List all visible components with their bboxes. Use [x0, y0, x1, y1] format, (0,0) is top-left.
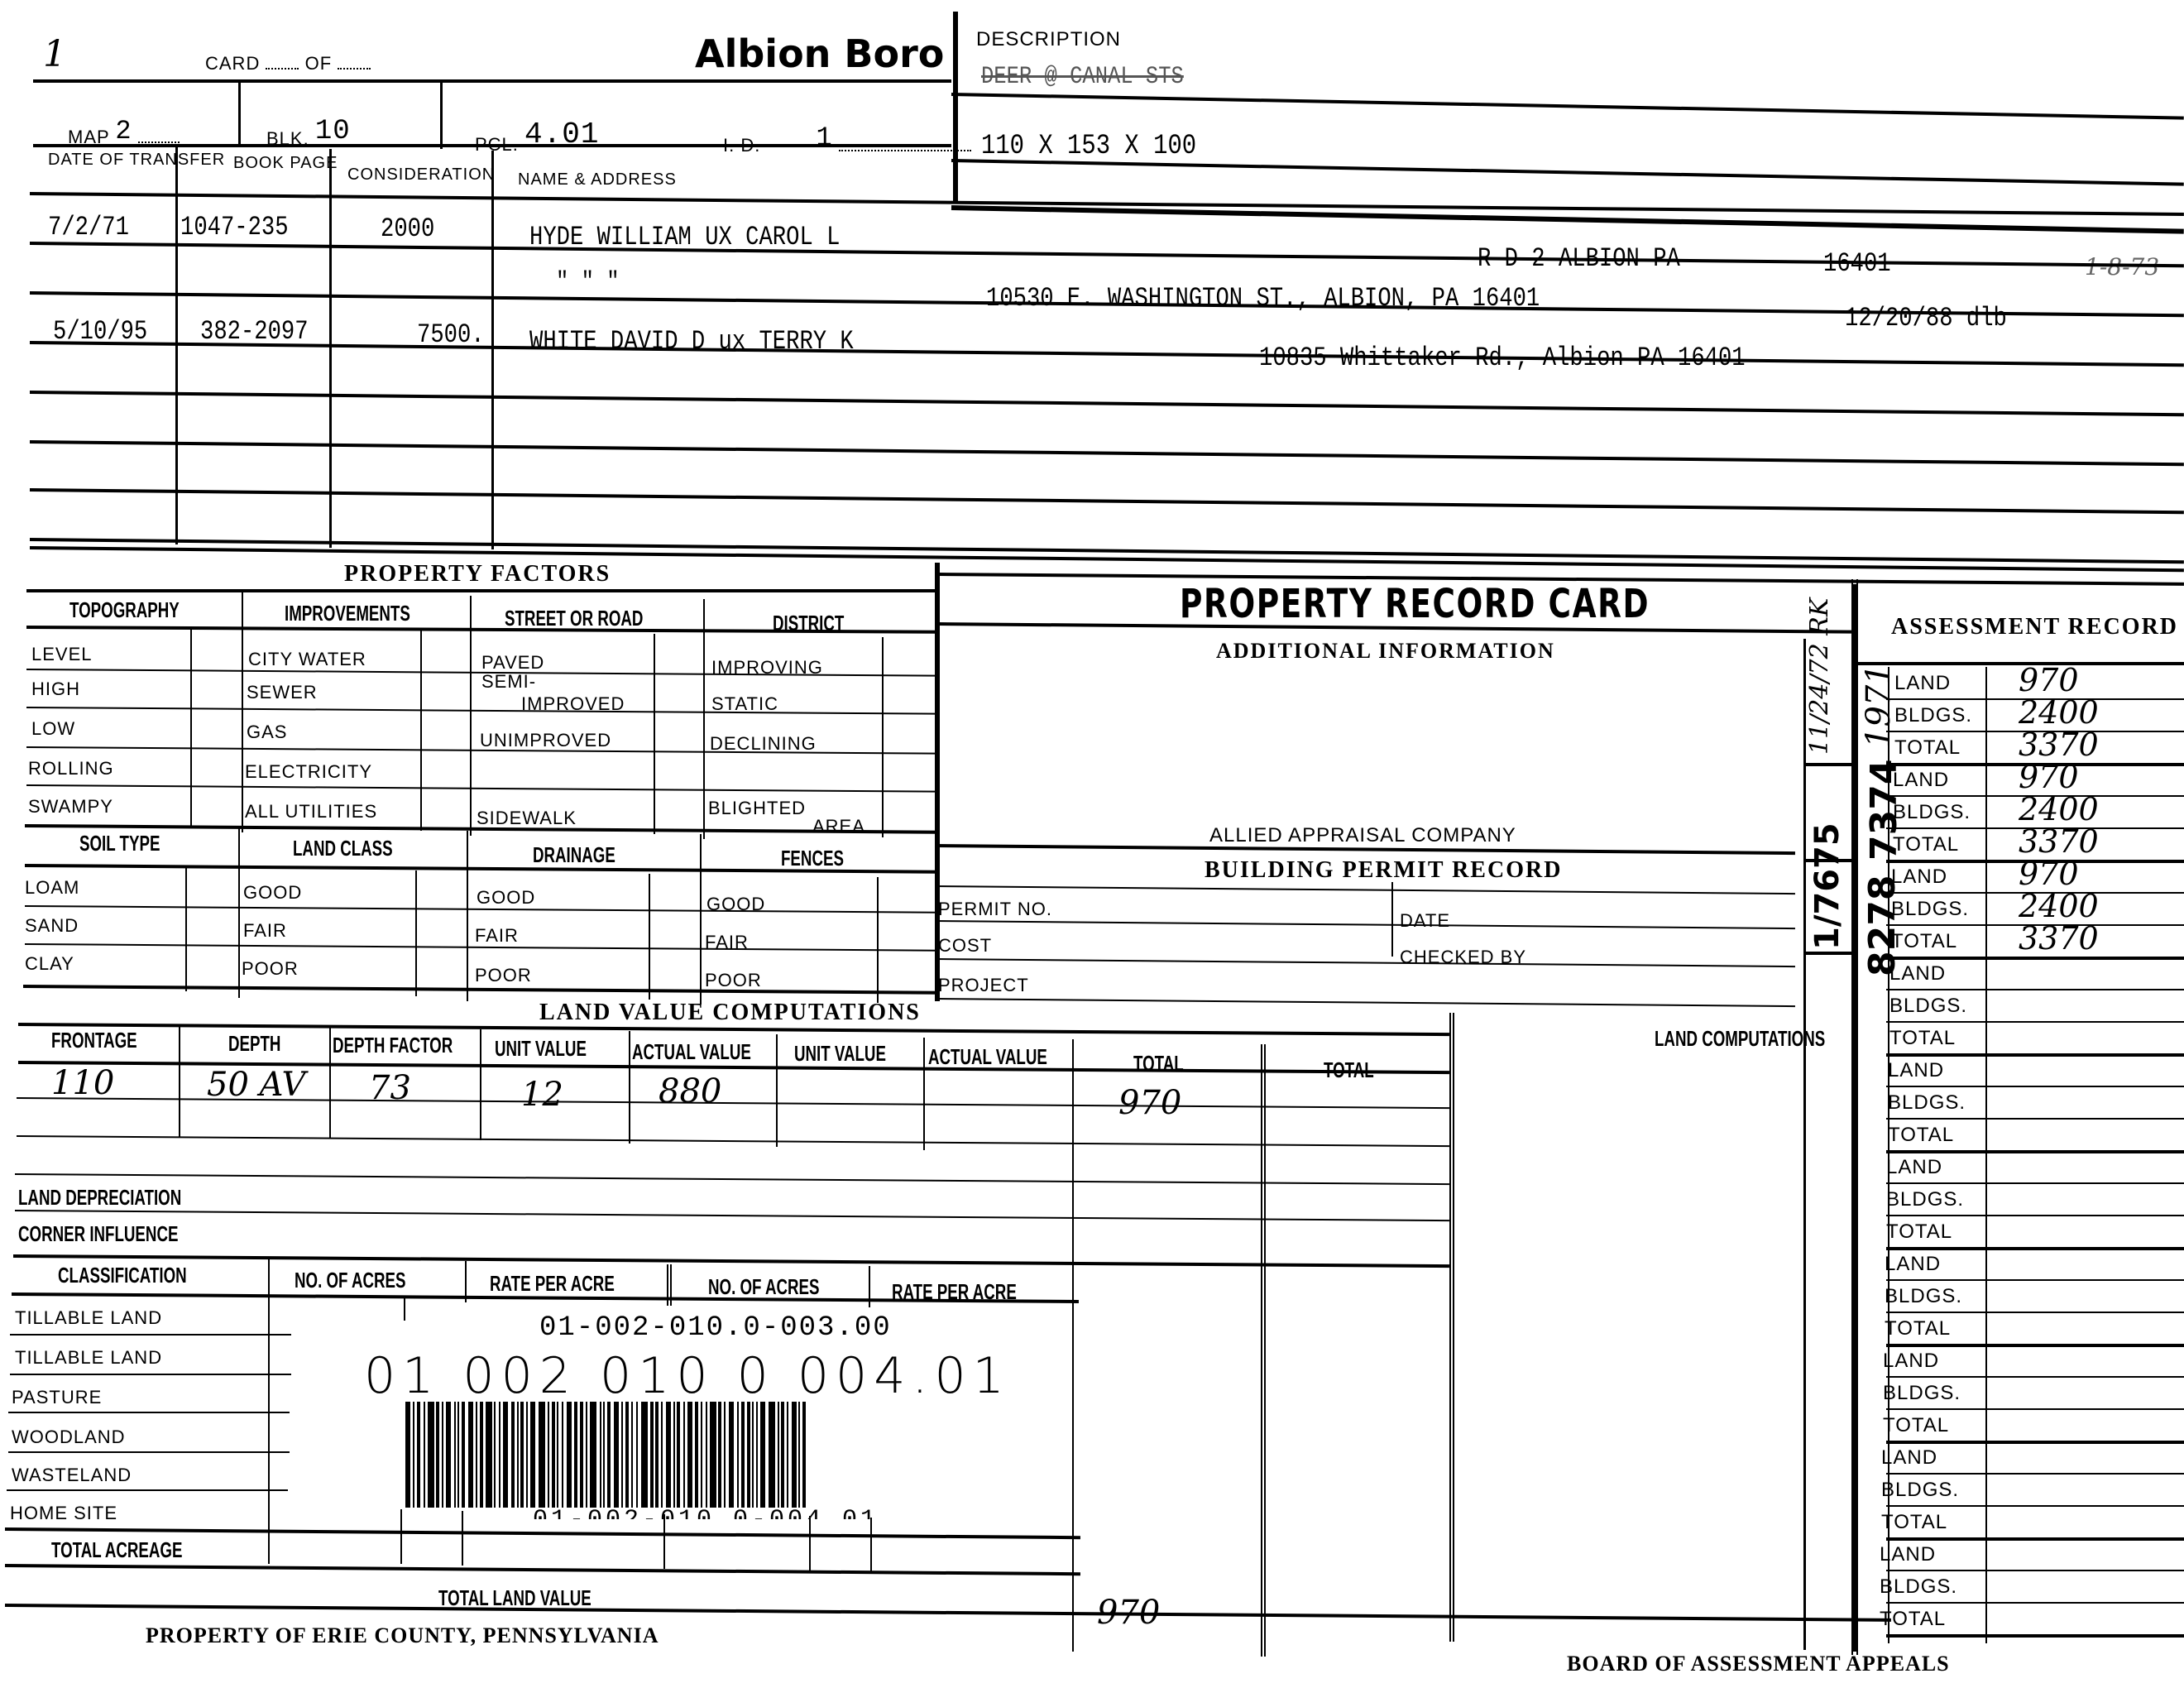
- assessment-land-label: LAND: [1883, 1350, 1939, 1373]
- col-header-date-of-transfer: DATE OF TRANSFER: [48, 151, 225, 169]
- district-blighted-area: AREA: [812, 816, 865, 837]
- lv-header-unit-value-2: UNIT VALUE: [794, 1041, 886, 1067]
- topography-level[interactable]: LEVEL: [31, 644, 93, 665]
- assessment-bldgs-label: BLDGS.: [1881, 1479, 1959, 1502]
- topography-rolling[interactable]: ROLLING: [28, 758, 114, 779]
- assessment-total-value: 3370: [2019, 727, 2099, 763]
- corner-influence-label: CORNER INFLUENCE: [18, 1221, 178, 1247]
- permit-date-label: DATE: [1400, 910, 1450, 932]
- assessment-bldgs-value: 2400: [2019, 888, 2099, 924]
- lv-header-frontage: FRONTAGE: [51, 1028, 137, 1053]
- assessment-total-label: TOTAL: [1885, 1317, 1951, 1340]
- description-line-2: 110 X 153 X 100: [981, 131, 1196, 162]
- fences-header: FENCES: [781, 846, 844, 871]
- assessment-total-label: TOTAL: [1888, 1124, 1954, 1147]
- land-class-fair[interactable]: FAIR: [243, 920, 287, 942]
- district-blighted[interactable]: BLIGHTED: [708, 798, 806, 819]
- assessment-bldgs-label: BLDGS.: [1885, 1285, 1962, 1308]
- land-class-good[interactable]: GOOD: [243, 882, 302, 904]
- lv-total: 970: [1118, 1084, 1181, 1122]
- lv-frontage: 110: [51, 1064, 114, 1102]
- transfer-name: " " ": [556, 268, 620, 296]
- municipality: Albion Boro: [695, 31, 944, 76]
- lv-unit-value: 12: [521, 1076, 563, 1114]
- street-semi[interactable]: SEMI-: [481, 674, 536, 690]
- improvements-city-water[interactable]: CITY WATER: [248, 649, 366, 670]
- lv-header-depth-factor: DEPTH FACTOR: [333, 1033, 453, 1058]
- transfer-book-page: 1047-235: [180, 212, 289, 242]
- permit-no-label: PERMIT NO.: [938, 899, 1052, 920]
- assessment-land-label: LAND: [1889, 962, 1946, 985]
- map-value: 2: [115, 116, 132, 146]
- assessment-land-value: 970: [2019, 662, 2079, 698]
- assessment-land-value: 970: [2019, 759, 2079, 795]
- land-computations-title: LAND COMPUTATIONS: [1655, 1026, 1825, 1052]
- id-value: 1: [816, 122, 832, 153]
- blk-value: 10: [315, 116, 351, 147]
- col-header-book-page: BOOK PAGE: [233, 154, 338, 172]
- improvements-all-utilities[interactable]: ALL UTILITIES: [245, 801, 377, 822]
- of-label: OF: [305, 53, 333, 74]
- fences-poor[interactable]: POOR: [705, 970, 762, 991]
- card-label: CARD: [205, 53, 260, 74]
- assessment-land-label: LAND: [1891, 866, 1947, 889]
- assessment-bldgs-label: BLDGS.: [1893, 801, 1971, 824]
- description-line-1: DEER @ CANAL STS: [981, 63, 1184, 91]
- assessment-bldgs-value: 2400: [2019, 694, 2099, 731]
- fences-fair[interactable]: FAIR: [705, 932, 749, 953]
- soil-loam[interactable]: LOAM: [25, 877, 79, 899]
- parcel-id-handwritten: 01 002 010 0 004.01: [364, 1347, 1011, 1405]
- assessment-total-label: TOTAL: [1883, 1414, 1949, 1437]
- assessment-total-label: TOTAL: [1886, 1220, 1952, 1244]
- drainage-fair[interactable]: FAIR: [475, 925, 519, 947]
- land-value-title: LAND VALUE COMPUTATIONS: [539, 1000, 921, 1026]
- assessment-land-label: LAND: [1885, 1253, 1941, 1276]
- drainage-header: DRAINAGE: [533, 842, 615, 868]
- assessment-land-label: LAND: [1888, 1059, 1944, 1082]
- acreage-header-no-of-acres: NO. OF ACRES: [295, 1268, 406, 1293]
- improvements-electricity[interactable]: ELECTRICITY: [245, 761, 372, 783]
- assessment-bldgs-label: BLDGS.: [1891, 898, 1969, 921]
- assessment-total-label: TOTAL: [1889, 1027, 1956, 1050]
- stamp-date-handwritten: 11/24/72 RK: [1805, 598, 1834, 755]
- stamp-year: 1971: [1860, 664, 1898, 748]
- card-total-field[interactable]: [338, 68, 371, 70]
- blk-field[interactable]: BLK. 10: [266, 122, 351, 154]
- improvements-sewer[interactable]: SEWER: [247, 682, 318, 703]
- assessment-total-label: TOTAL: [1894, 736, 1961, 760]
- assessment-total-value: 3370: [2019, 823, 2099, 860]
- drainage-good[interactable]: GOOD: [477, 887, 535, 909]
- assessment-bldgs-label: BLDGS.: [1888, 1091, 1966, 1115]
- acreage-row-pasture: PASTURE: [12, 1387, 102, 1408]
- assessment-land-value: 970: [2019, 856, 2079, 892]
- footer-board: BOARD OF ASSESSMENT APPEALS: [1567, 1652, 1950, 1676]
- acreage-row-wasteland: WASTELAND: [12, 1465, 132, 1486]
- assessment-title: ASSESSMENT RECORD: [1891, 614, 2178, 640]
- assessment-bldgs-label: BLDGS.: [1880, 1575, 1957, 1599]
- soil-clay[interactable]: CLAY: [25, 953, 74, 975]
- land-depreciation-label: LAND DEPRECIATION: [18, 1185, 181, 1211]
- street-sidewalk[interactable]: SIDEWALK: [477, 808, 577, 829]
- lv-header-actual-value-2: ACTUAL VALUE: [928, 1044, 1047, 1070]
- assessment-bldgs-value: 2400: [2019, 791, 2099, 827]
- assessment-total-value: 3370: [2019, 920, 2099, 957]
- transfer-date: 7/2/71: [48, 212, 129, 242]
- street-unimproved[interactable]: UNIMPROVED: [480, 730, 611, 751]
- transfer-consideration: 2000: [381, 213, 434, 244]
- property-factors-title: PROPERTY FACTORS: [344, 561, 611, 587]
- card-number-handwritten: 1: [43, 33, 66, 75]
- faded-handwriting: [943, 637, 1357, 687]
- acreage-row-woodland: WOODLAND: [12, 1427, 126, 1448]
- land-class-header: LAND CLASS: [293, 836, 393, 861]
- lv-header-total: TOTAL: [1133, 1051, 1184, 1077]
- assessment-land-label: LAND: [1894, 672, 1951, 695]
- assessment-land-label: LAND: [1881, 1446, 1937, 1470]
- soil-sand[interactable]: SAND: [25, 915, 79, 937]
- acreage-header-classification: CLASSIFICATION: [58, 1263, 187, 1288]
- appraiser-name: ALLIED APPRAISAL COMPANY: [1209, 824, 1516, 847]
- assessment-total-label: TOTAL: [1893, 833, 1959, 856]
- acreage-row-tillable-land-1: TILLABLE LAND: [15, 1307, 162, 1329]
- assessment-bldgs-label: BLDGS.: [1886, 1188, 1964, 1211]
- lv-header-unit-value: UNIT VALUE: [495, 1036, 587, 1062]
- acreage-row-home-site: HOME SITE: [10, 1503, 117, 1524]
- description-label: DESCRIPTION: [976, 28, 1121, 51]
- building-permit-title: BUILDING PERMIT RECORD: [1205, 857, 1562, 884]
- permit-project-label: PROJECT: [938, 975, 1029, 996]
- transfer-note: 12/20/88 dlb: [1845, 303, 2007, 333]
- parcel-barcode: [405, 1402, 1059, 1508]
- assessment-total-label: TOTAL: [1891, 930, 1957, 953]
- lv-header-actual-value: ACTUAL VALUE: [632, 1039, 751, 1065]
- footer-owner: PROPERTY OF ERIE COUNTY, PENNSYLVANIA: [146, 1623, 659, 1648]
- assessment-total-label: TOTAL: [1881, 1511, 1947, 1534]
- stamp-number-1: 1/7675: [1808, 822, 1846, 950]
- soil-type-header: SOIL TYPE: [79, 831, 160, 856]
- lv-header-depth: DEPTH: [228, 1031, 280, 1057]
- assessment-land-label: LAND: [1893, 769, 1949, 792]
- improvements-gas[interactable]: GAS: [247, 722, 287, 743]
- permit-cost-label: COST: [938, 935, 992, 957]
- parcel-id-printed-top: 01-002-010.0-003.00: [539, 1312, 892, 1344]
- parcel-id-printed-bottom: 01-002-010.0-004.01: [533, 1506, 879, 1519]
- topography-swampy[interactable]: SWAMPY: [28, 796, 113, 818]
- card-number-field[interactable]: [266, 68, 299, 70]
- land-class-poor[interactable]: POOR: [242, 958, 299, 980]
- improvements-header: IMPROVEMENTS: [285, 601, 410, 626]
- assessment-land-label: LAND: [1886, 1156, 1942, 1179]
- assessment-bldgs-label: BLDGS.: [1889, 995, 1967, 1018]
- col-header-consideration: CONSIDERATION: [347, 165, 495, 185]
- topography-high[interactable]: HIGH: [31, 679, 80, 700]
- assessment-bldgs-label: BLDGS.: [1894, 704, 1972, 727]
- topography-header: TOPOGRAPHY: [69, 597, 180, 623]
- col-header-name-address: NAME & ADDRESS: [518, 170, 677, 189]
- permit-checked-by-label: CHECKED BY: [1400, 947, 1526, 968]
- acreage-header-rate-per-acre: RATE PER ACRE: [490, 1271, 615, 1297]
- lv-actual-value: 880: [659, 1072, 721, 1110]
- acreage-row-tillable-land-2: TILLABLE LAND: [15, 1347, 162, 1369]
- assessment-bldgs-label: BLDGS.: [1883, 1382, 1961, 1405]
- drainage-poor[interactable]: POOR: [475, 965, 532, 986]
- acreage-header-no-of-acres-2: NO. OF ACRES: [708, 1274, 820, 1300]
- property-record-card-title: PROPERTY RECORD CARD: [1180, 581, 1650, 627]
- topography-low[interactable]: LOW: [31, 718, 75, 740]
- total-acreage-label: TOTAL ACREAGE: [51, 1537, 182, 1563]
